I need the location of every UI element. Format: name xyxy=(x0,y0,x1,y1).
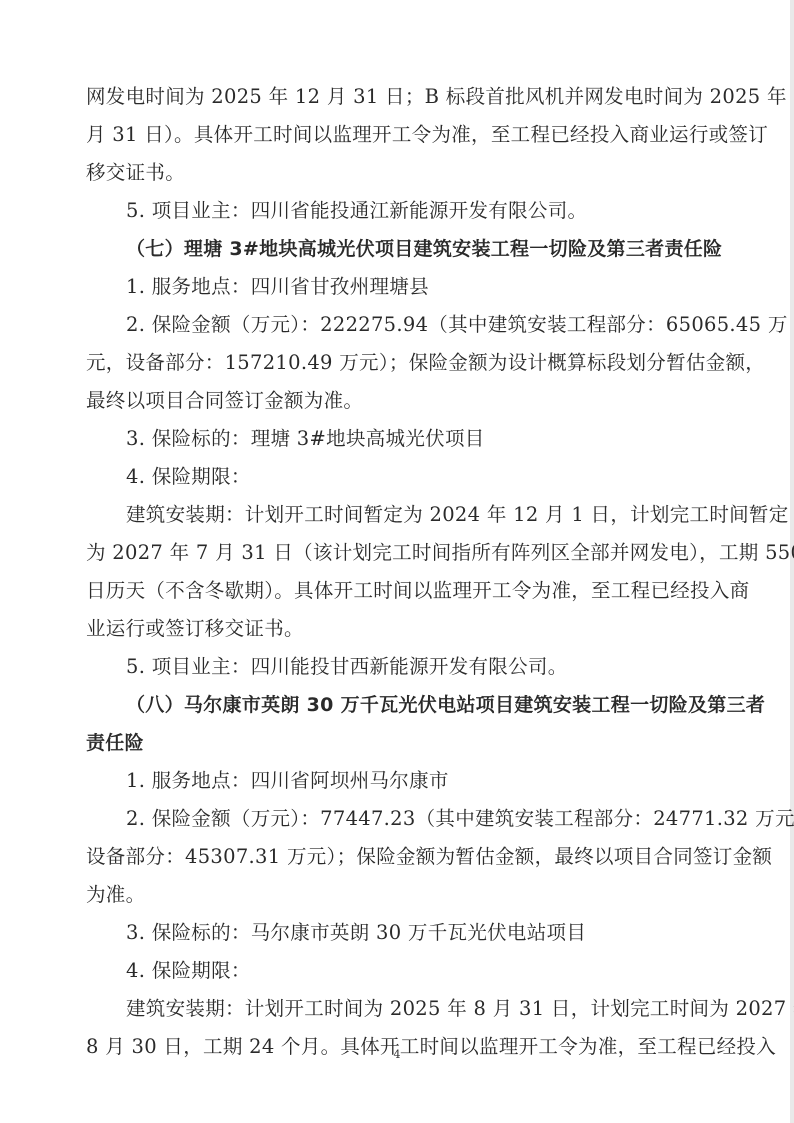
insured-amount-line: 2. 保险金额（万元）：77447.23（其中建筑安装工程部分：24771.32… xyxy=(86,800,722,838)
section-heading-8-cont: 责任险 xyxy=(86,724,722,762)
construction-period-line: 建筑安装期：计划开工时间为 2025 年 8 月 31 日，计划完工时间为 20… xyxy=(86,990,722,1028)
service-location-line: 1. 服务地点：四川省阿坝州马尔康市 xyxy=(86,762,722,800)
body-line: 月 31 日）。具体开工时间以监理开工令为准，至工程已经投入商业运行或签订 xyxy=(86,116,722,154)
page-number: 4 xyxy=(0,1048,794,1061)
document-body: 网发电时间为 2025 年 12 月 31 日；B 标段首批风机并网发电时间为 … xyxy=(86,78,722,1066)
section-heading-8: （八）马尔康市英朗 30 万千瓦光伏电站项目建筑安装工程一切险及第三者 xyxy=(86,686,722,724)
body-line: 为准。 xyxy=(86,876,722,914)
section-heading-7: （七）理塘 3#地块高城光伏项目建筑安装工程一切险及第三者责任险 xyxy=(86,230,722,268)
body-line: 业运行或签订移交证书。 xyxy=(86,610,722,648)
body-line: 日历天（不含冬歇期）。具体开工时间以监理开工令为准，至工程已经投入商 xyxy=(86,572,722,610)
project-owner-line: 5. 项目业主：四川省能投通江新能源开发有限公司。 xyxy=(86,192,722,230)
body-line: 为 2027 年 7 月 31 日（该计划完工时间指所有阵列区全部并网发电），工… xyxy=(86,534,722,572)
construction-period-line: 建筑安装期：计划开工时间暂定为 2024 年 12 月 1 日，计划完工时间暂定 xyxy=(86,496,722,534)
insurance-period-line: 4. 保险期限： xyxy=(86,952,722,990)
insurance-period-line: 4. 保险期限： xyxy=(86,458,722,496)
body-line: 元，设备部分：157210.49 万元）；保险金额为设计概算标段划分暂估金额， xyxy=(86,344,722,382)
project-owner-line: 5. 项目业主：四川能投甘西新能源开发有限公司。 xyxy=(86,648,722,686)
insured-amount-line: 2. 保险金额（万元）：222275.94（其中建筑安装工程部分：65065.4… xyxy=(86,306,722,344)
insured-subject-line: 3. 保险标的：马尔康市英朗 30 万千瓦光伏电站项目 xyxy=(86,914,722,952)
body-line: 最终以项目合同签订金额为准。 xyxy=(86,382,722,420)
body-line: 移交证书。 xyxy=(86,154,722,192)
service-location-line: 1. 服务地点：四川省甘孜州理塘县 xyxy=(86,268,722,306)
body-line: 网发电时间为 2025 年 12 月 31 日；B 标段首批风机并网发电时间为 … xyxy=(86,78,722,116)
body-line: 设备部分：45307.31 万元）；保险金额为暂估金额，最终以项目合同签订金额 xyxy=(86,838,722,876)
insured-subject-line: 3. 保险标的：理塘 3#地块高城光伏项目 xyxy=(86,420,722,458)
